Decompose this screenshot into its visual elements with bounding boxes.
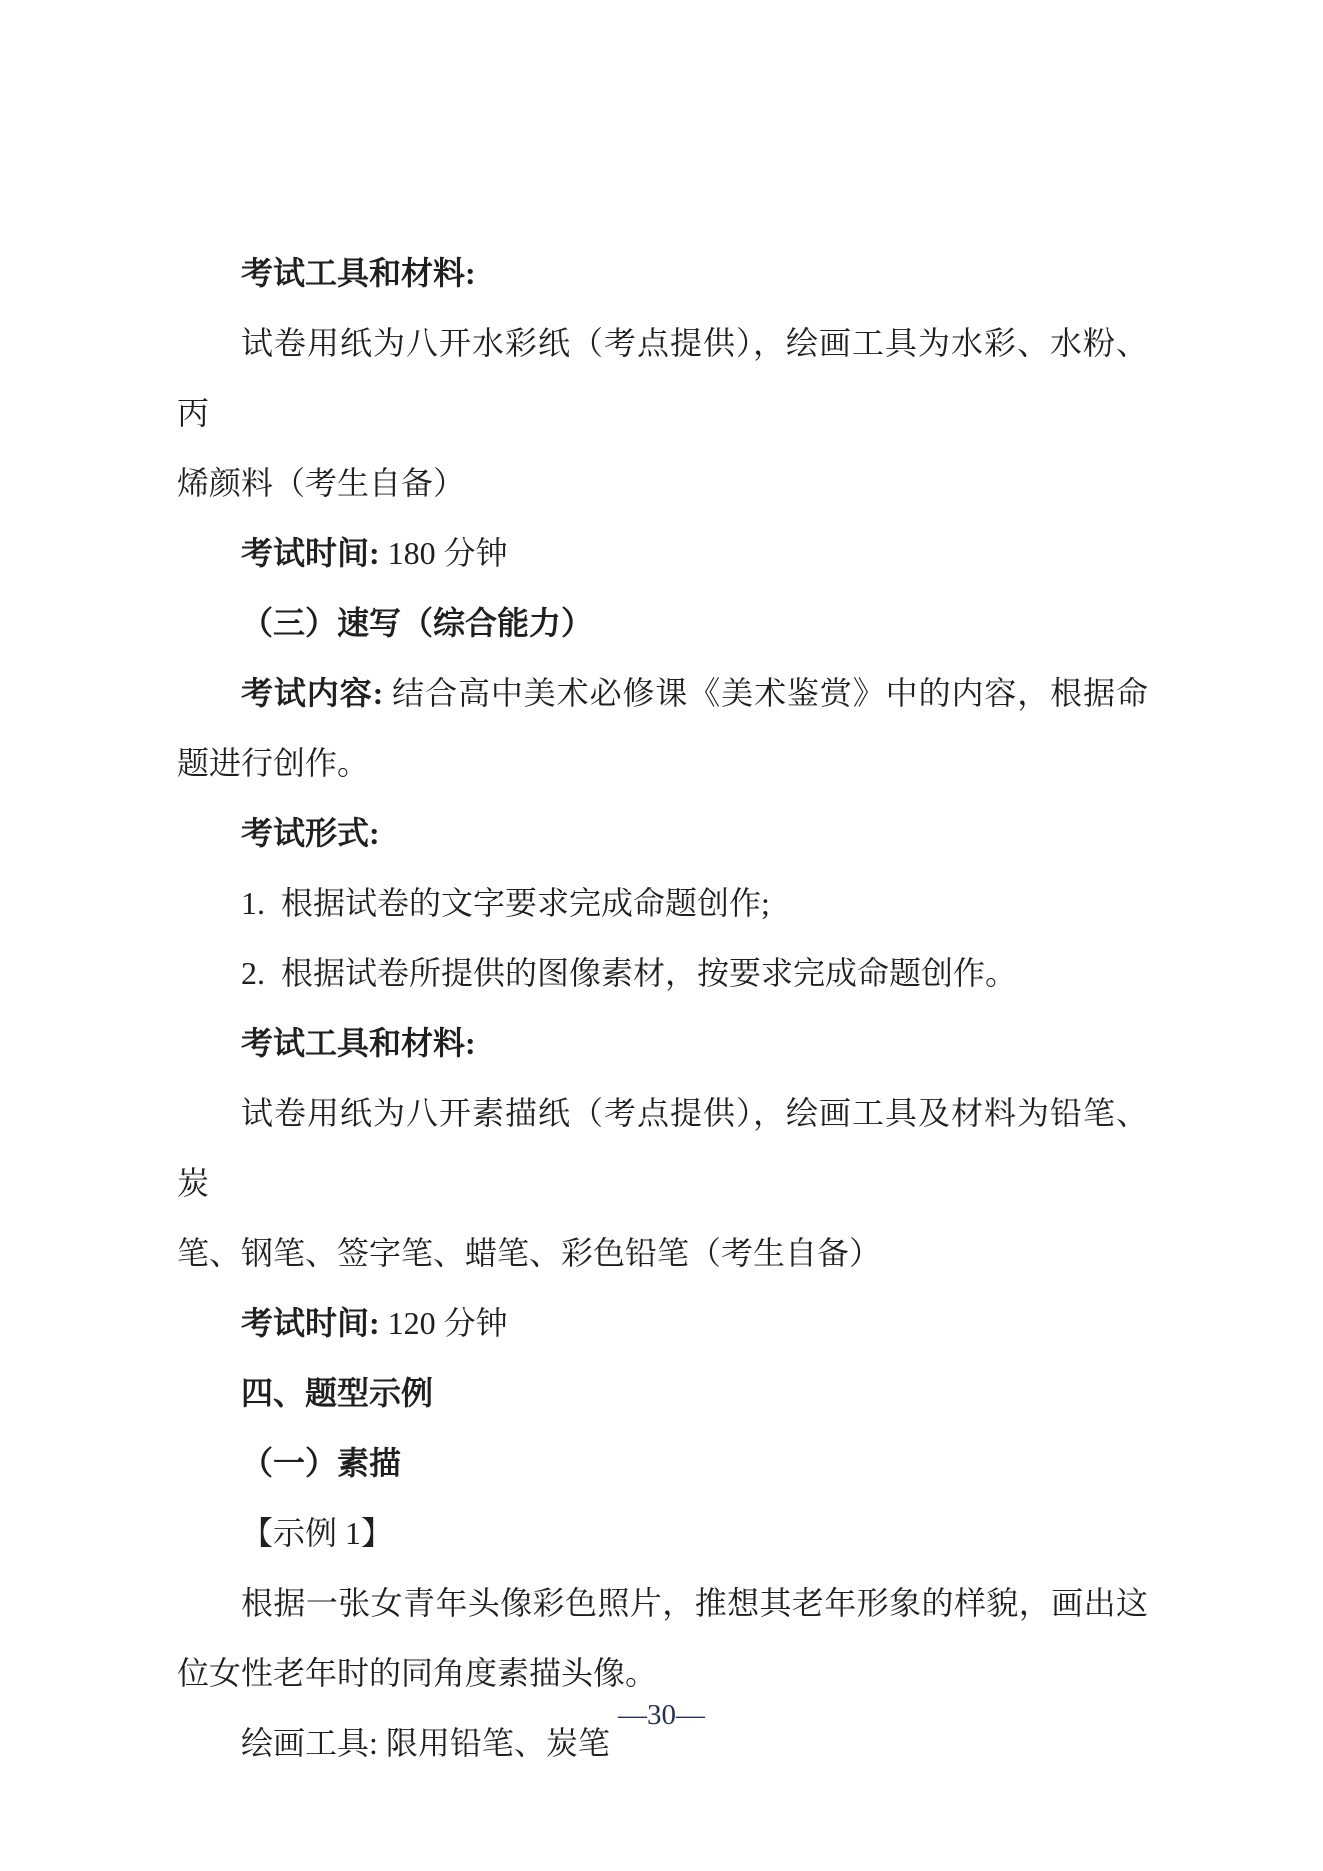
exam-content-line-1: 考试内容: 结合高中美术必修课《美术鉴赏》中的内容，根据命 — [177, 658, 1148, 728]
exam-form-item-2: 2. 根据试卷所提供的图像素材，按要求完成命题创作。 — [177, 938, 1148, 1008]
sketch-paper-paragraph-line-1: 试卷用纸为八开素描纸（考点提供），绘画工具及材料为铅笔、炭 — [177, 1078, 1148, 1218]
tools-materials-heading-sketch: 考试工具和材料: — [177, 1008, 1148, 1078]
example-1-heading: 【示例 1】 — [177, 1498, 1148, 1568]
document-body: 考试工具和材料: 试卷用纸为八开水彩纸（考点提供），绘画工具为水彩、水粉、丙 烯… — [177, 238, 1148, 1778]
question-examples-chapter-heading: 四、题型示例 — [177, 1358, 1148, 1428]
exam-time-value: 120 分钟 — [380, 1305, 508, 1341]
exam-content-line-2: 题进行创作。 — [177, 728, 1148, 798]
document-page: 考试工具和材料: 试卷用纸为八开水彩纸（考点提供），绘画工具为水彩、水粉、丙 烯… — [0, 0, 1323, 1871]
watercolor-paper-paragraph-line-1: 试卷用纸为八开水彩纸（考点提供），绘画工具为水彩、水粉、丙 — [177, 308, 1148, 448]
sketch-ability-section-heading: （三）速写（综合能力） — [177, 588, 1148, 658]
tools-materials-heading-watercolor: 考试工具和材料: — [177, 238, 1148, 308]
exam-content-label: 考试内容: — [241, 675, 383, 711]
watercolor-paper-paragraph-line-2: 烯颜料（考生自备） — [177, 448, 1148, 518]
sketch-paper-paragraph-line-2: 笔、钢笔、签字笔、蜡笔、彩色铅笔（考生自备） — [177, 1218, 1148, 1288]
exam-time-value: 180 分钟 — [380, 535, 508, 571]
exam-content-text: 结合高中美术必修课《美术鉴赏》中的内容，根据命 — [383, 675, 1148, 711]
sketch-subsection-heading: （一）素描 — [177, 1428, 1148, 1498]
exam-time-watercolor: 考试时间: 180 分钟 — [177, 518, 1148, 588]
exam-form-heading: 考试形式: — [177, 798, 1148, 868]
exam-time-label: 考试时间: — [241, 535, 380, 571]
exam-time-sketch: 考试时间: 120 分钟 — [177, 1288, 1148, 1358]
example-1-description-line-1: 根据一张女青年头像彩色照片，推想其老年形象的样貌，画出这 — [177, 1568, 1148, 1638]
page-number: —30— — [618, 1699, 705, 1731]
exam-time-label: 考试时间: — [241, 1305, 380, 1341]
page-footer: —30— — [0, 1698, 1323, 1732]
exam-form-item-1: 1. 根据试卷的文字要求完成命题创作; — [177, 868, 1148, 938]
